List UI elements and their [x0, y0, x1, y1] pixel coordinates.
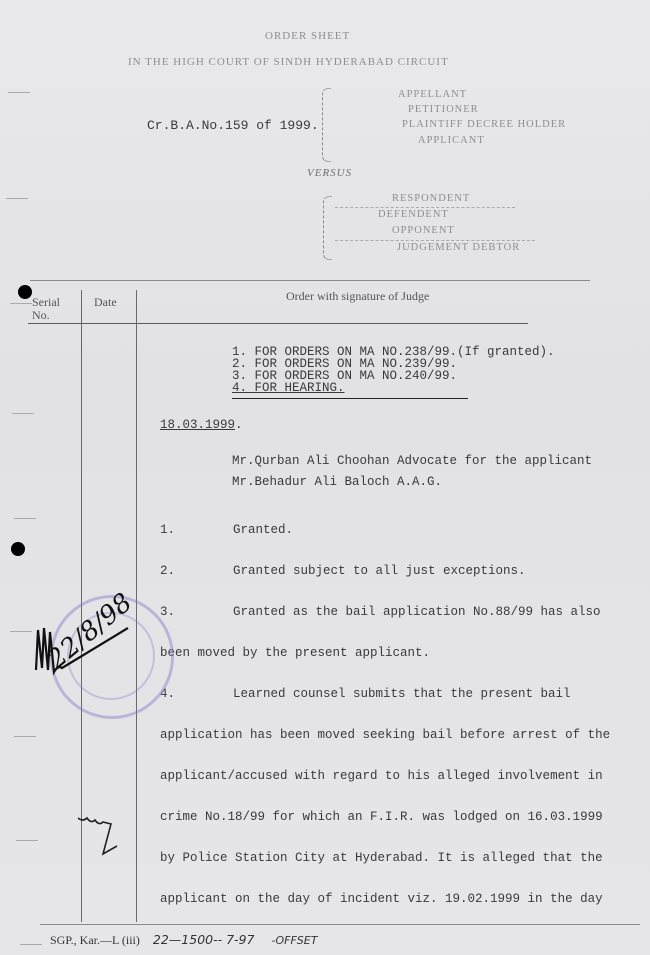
margin-tick [12, 413, 34, 414]
margin-tick [8, 92, 30, 93]
applicant-brace [322, 88, 331, 162]
respondent-brace [323, 196, 332, 260]
paragraph-text: Granted as the bail application No.88/99… [233, 605, 601, 619]
court-name: IN THE HIGH COURT OF SINDH HYDERABAD CIR… [128, 56, 449, 68]
margin-tick [10, 303, 32, 304]
handwritten-print-info: 22—1500-- 7-97 [153, 932, 255, 947]
margin-tick [14, 736, 36, 737]
punch-hole [18, 285, 32, 299]
margin-tick [16, 840, 38, 841]
table-bottom-rule [40, 924, 640, 925]
case-number: Cr.B.A.No.159 of 1999. [147, 118, 319, 133]
margin-tick [20, 944, 42, 945]
label-opponent: OPPONENT [392, 224, 455, 238]
paragraph-text: Granted subject to all just exceptions. [233, 564, 526, 578]
punch-hole [11, 542, 25, 556]
printer-code: SGP., Kar.—L (iii) [50, 933, 140, 947]
paragraph-text: applicant on the day of incident viz. 19… [160, 892, 603, 906]
paragraph-text: applicant/accused with regard to his all… [160, 769, 603, 783]
paragraph-text: application has been moved seeking bail … [160, 728, 610, 742]
sheet-title: ORDER SHEET [265, 30, 350, 42]
label-defendent: DEFENDENT [378, 208, 449, 222]
appearance-line: Mr.Behadur Ali Baloch A.A.G. [232, 475, 442, 489]
agenda-underline [232, 398, 468, 399]
label-applicant: APPLICANT [418, 134, 485, 148]
paragraph-text: Granted. [233, 523, 293, 537]
label-respondent: RESPONDENT [392, 192, 470, 206]
paragraph-number: 2. [160, 564, 175, 578]
column-header-serial: Serial No. [32, 296, 80, 322]
order-date-value: 18.03.1999 [160, 418, 235, 432]
paragraph-text: crime No.18/99 for which an F.I.R. was l… [160, 810, 603, 824]
offset-mark: -OFFSET [271, 934, 317, 947]
initials-mark [75, 800, 135, 860]
label-petitioner: PETITIONER [408, 103, 479, 117]
table-top-rule [30, 280, 590, 281]
paragraph-number: 1. [160, 523, 175, 537]
paragraph-text: Learned counsel submits that the present… [233, 687, 571, 701]
appearance-line: Mr.Qurban Ali Choohan Advocate for the a… [232, 454, 592, 468]
label-appellant: APPELLANT [398, 88, 467, 102]
order-date-suffix: . [235, 418, 243, 432]
agenda-item: 4. FOR HEARING. [232, 382, 345, 395]
paragraph-number: 3. [160, 605, 175, 619]
paragraph-text: been moved by the present applicant. [160, 646, 430, 660]
margin-tick [6, 198, 28, 199]
column-header-order: Order with signature of Judge [286, 290, 429, 303]
label-judgement-debtor: JUDGEMENT DEBTOR [397, 241, 520, 255]
paragraph-text: by Police Station City at Hyderabad. It … [160, 851, 603, 865]
versus-label: VERSUS [307, 167, 352, 179]
printer-imprint: SGP., Kar.—L (iii) 22—1500-- 7-97 -OFFSE… [50, 932, 317, 948]
column-header-date: Date [94, 296, 117, 309]
label-plaintiff: PLAINTIFF DECREE HOLDER [402, 118, 566, 132]
order-sheet-page: ORDER SHEET IN THE HIGH COURT OF SINDH H… [0, 0, 650, 955]
margin-tick [14, 518, 36, 519]
order-date: 18.03.1999. [160, 418, 243, 432]
table-header-rule [28, 323, 528, 324]
